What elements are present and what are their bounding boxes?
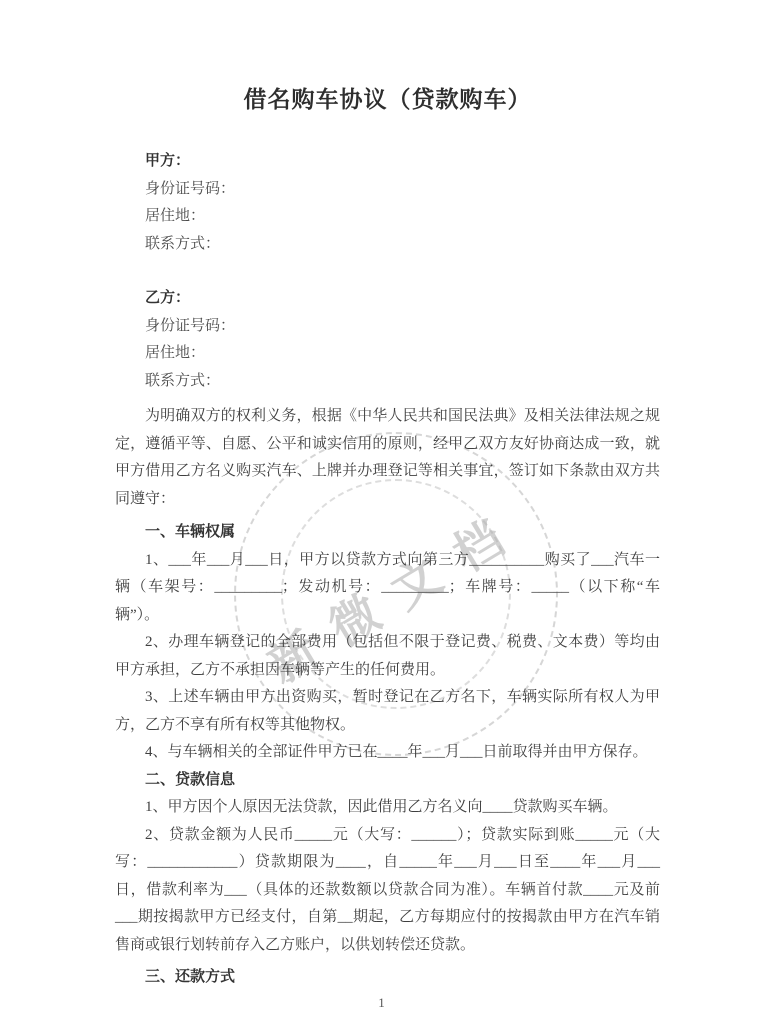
section-1-clause-2: 2、办理车辆登记的全部费用（包括但不限于登记费、税费、文本费）等均由甲方承担，乙… — [115, 629, 660, 684]
party-b-contact-field: 联系方式： — [145, 368, 660, 396]
party-a-role-label: 甲方： — [145, 148, 660, 176]
section-1-clause-3: 3、上述车辆由甲方出资购买，暂时登记在乙方名下，车辆实际所有权人为甲方，乙方不享… — [115, 684, 660, 739]
section-2-clause-2: 2、贷款金额为人民币_____元（大写：______）；贷款实际到账_____元… — [115, 822, 660, 960]
section-2-heading: 二、贷款信息 — [115, 767, 660, 795]
party-b-block: 乙方： 身份证号码： 居住地： 联系方式： — [115, 285, 660, 395]
party-b-role-label: 乙方： — [145, 285, 660, 313]
document-title: 借名购车协议（贷款购车） — [115, 0, 660, 116]
section-1-clause-4: 4、与车辆相关的全部证件甲方已在____年___月___日前取得并由甲方保存。 — [115, 739, 660, 767]
party-a-id-field: 身份证号码： — [145, 176, 660, 204]
section-1-clause-1: 1、___年___月___日，甲方以贷款方式向第三方__________购买了_… — [115, 547, 660, 630]
section-2-clause-1: 1、甲方因个人原因无法贷款，因此借用乙方名义向____贷款购买车辆。 — [115, 794, 660, 822]
section-3-heading: 三、还款方式 — [115, 964, 660, 992]
party-b-id-field: 身份证号码： — [145, 313, 660, 341]
party-a-contact-field: 联系方式： — [145, 231, 660, 259]
party-a-address-field: 居住地： — [145, 203, 660, 231]
party-a-block: 甲方： 身份证号码： 居住地： 联系方式： — [115, 148, 660, 258]
party-b-address-field: 居住地： — [145, 340, 660, 368]
document-page: 新微文档 借名购车协议（贷款购车） 甲方： 身份证号码： 居住地： 联系方式： … — [0, 0, 763, 1030]
preamble-paragraph: 为明确双方的权利义务，根据《中华人民共和国民法典》及相关法律法规之规定，遵循平等… — [115, 403, 660, 513]
document-content: 借名购车协议（贷款购车） 甲方： 身份证号码： 居住地： 联系方式： 乙方： 身… — [115, 0, 660, 992]
page-number: 1 — [0, 995, 763, 1011]
section-1-heading: 一、车辆权属 — [115, 519, 660, 547]
